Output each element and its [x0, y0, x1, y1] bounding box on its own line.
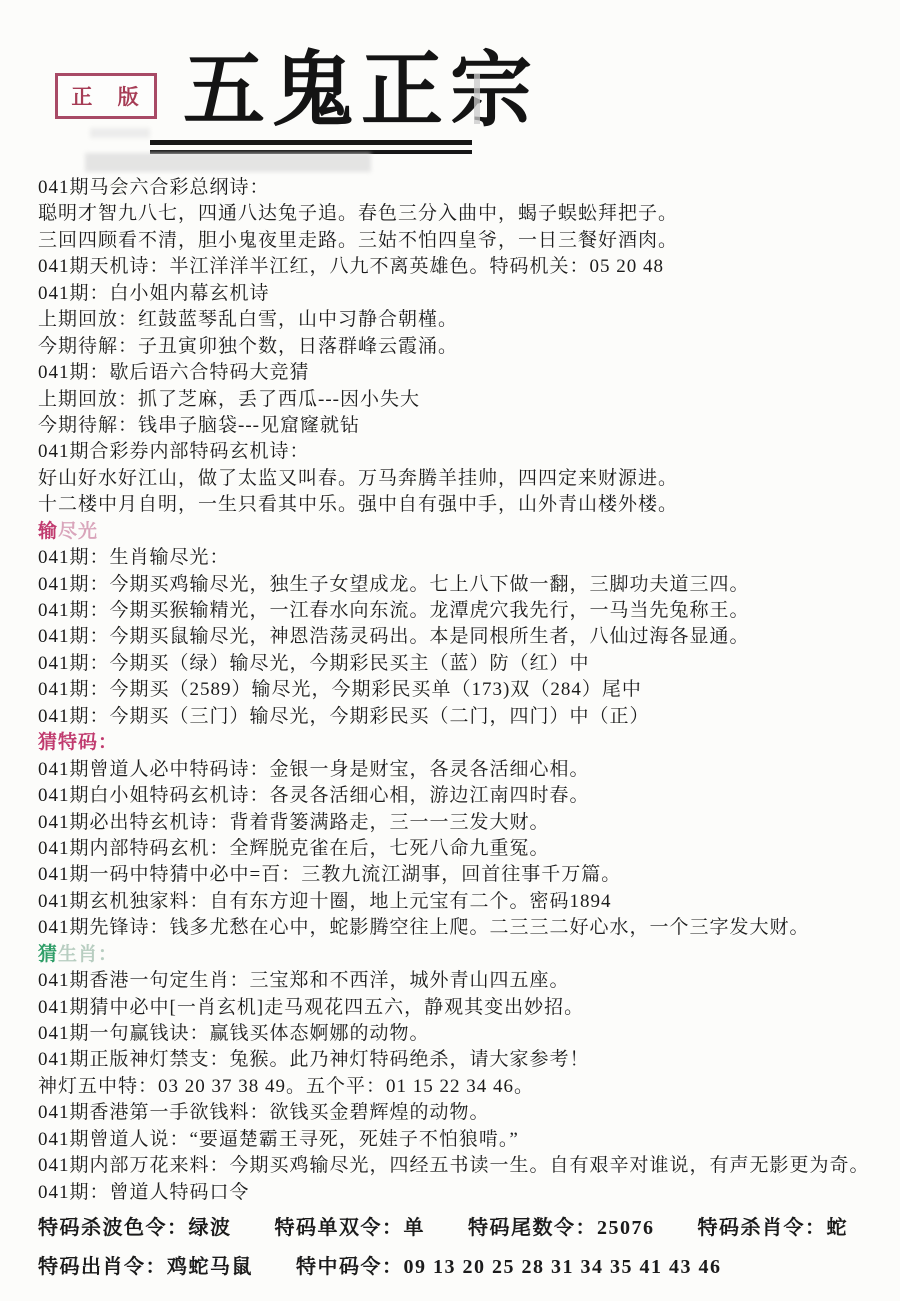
section-header: 猜生肖： [38, 942, 896, 968]
header-primary-text: 猜特码： [38, 732, 118, 753]
text-line: 041期内部特码玄机：全辉脱克雀在后，七死八命九重冤。 [38, 836, 896, 862]
text-line: 041期：今期买鼠输尽光，神恩浩荡灵码出。本是同根所生者，八仙过海各显通。 [38, 624, 896, 650]
text-line: 041期：今期买（2589）输尽光，今期彩民买单（173)双（284）尾中 [38, 677, 896, 703]
text-line: 041期合彩券内部特码玄机诗： [38, 439, 896, 465]
section-header: 输尽光 [38, 519, 896, 545]
text-line: 041期：今期买鸡输尽光，独生子女望成龙。七上八下做一翻，三脚功夫道三四。 [38, 572, 896, 598]
title-underline [150, 140, 472, 154]
text-line: 特码杀波色令：绿波 特码单双令：单 特码尾数令：25076 特码杀肖令：蛇 [38, 1212, 896, 1245]
text-line: 041期马会六合彩总纲诗： [38, 175, 896, 201]
text-line: 041期猜中必中[一肖玄机]走马观花四五六，静观其变出妙招。 [38, 995, 896, 1021]
lottery-tip-sheet: 正 版 五鬼正宗 041期马会六合彩总纲诗：聪明才智九八七，四通八达兔子追。春色… [0, 0, 900, 1301]
text-line: 上期回放：红鼓蓝琴乱白雪，山中习静合朝槿。 [38, 307, 896, 333]
text-line: 041期：歇后语六合特码大竞猜 [38, 360, 896, 386]
page-title: 五鬼正宗 [183, 50, 539, 132]
text-line: 041期：今期买（三门）输尽光，今期彩民买（二门，四门）中（正） [38, 704, 896, 730]
text-line: 041期天机诗：半江洋洋半江红，八九不离英雄色。特码机关：05 20 48 [38, 254, 896, 280]
text-line: 特码出肖令：鸡蛇马鼠 特中码令：09 13 20 25 28 31 34 35 … [38, 1251, 896, 1284]
text-line: 三回四顾看不清，胆小鬼夜里走路。三姑不怕四皇爷，一日三餐好酒肉。 [38, 228, 896, 254]
text-line: 聪明才智九八七，四通八达兔子追。春色三分入曲中，蝎子蜈蚣拜把子。 [38, 201, 896, 227]
text-line: 041期曾道人说：“要逼楚霸王寻死，死娃子不怕狼啃。” [38, 1127, 896, 1153]
text-line: 十二楼中月自明，一生只看其中乐。强中自有强中手，山外青山楼外楼。 [38, 492, 896, 518]
text-line: 041期必出特玄机诗：背着背篓满路走，三一一三发大财。 [38, 810, 896, 836]
text-line: 041期：曾道人特码口令 [38, 1180, 896, 1206]
text-line: 041期香港第一手欲钱料：欲钱买金碧辉煌的动物。 [38, 1100, 896, 1126]
header-faded-text: 生肖： [58, 944, 118, 965]
genuine-edition-badge: 正 版 [55, 73, 157, 119]
text-line: 041期：白小姐内幕玄机诗 [38, 281, 896, 307]
text-line: 041期：今期买（绿）输尽光，今期彩民买主（蓝）防（红）中 [38, 651, 896, 677]
text-line: 041期先锋诗：钱多尤愁在心中，蛇影腾空往上爬。二三三二好心水，一个三字发大财。 [38, 915, 896, 941]
text-line: 今期待解：钱串子脑袋---见窟窿就钻 [38, 413, 896, 439]
text-line: 041期正版神灯禁支：兔猴。此乃神灯特码绝杀，请大家参考！ [38, 1047, 896, 1073]
text-line: 041期白小姐特码玄机诗：各灵各活细心相，游边江南四时春。 [38, 783, 896, 809]
header-faded-text: 尽光 [58, 521, 98, 542]
text-line: 今期待解：子丑寅卯独个数，日落群峰云霞涌。 [38, 334, 896, 360]
content-lines: 041期马会六合彩总纲诗：聪明才智九八七，四通八达兔子追。春色三分入曲中，蝎子蜈… [38, 175, 896, 1284]
badge-label: 正 版 [71, 81, 148, 111]
text-line: 041期一句赢钱诀：赢钱买体态婀娜的动物。 [38, 1021, 896, 1047]
faded-smudge [90, 128, 150, 138]
text-line: 041期曾道人必中特码诗：金银一身是财宝，各灵各活细心相。 [38, 757, 896, 783]
section-header: 猜特码： [38, 730, 896, 756]
header-primary-text: 猜 [38, 944, 58, 965]
text-line: 041期玄机独家料：自有东方迎十圈，地上元宝有二个。密码1894 [38, 889, 896, 915]
text-line: 041期：生肖输尽光： [38, 545, 896, 571]
cutoff-character-fragment [474, 74, 480, 124]
text-line: 神灯五中特：03 20 37 38 49。五个平：01 15 22 34 46。 [38, 1074, 896, 1100]
text-line: 041期香港一句定生肖：三宝郑和不西洋，城外青山四五座。 [38, 968, 896, 994]
text-line: 041期：今期买猴输精光，一江春水向东流。龙潭虎穴我先行，一马当先兔称王。 [38, 598, 896, 624]
text-line: 041期一码中特猜中必中=百：三教九流江湖事，回首往事千万篇。 [38, 862, 896, 888]
text-line: 好山好水好江山，做了太监又叫春。万马奔腾羊挂帅，四四定来财源进。 [38, 466, 896, 492]
header-primary-text: 输 [38, 521, 58, 542]
text-line: 上期回放：抓了芝麻，丢了西瓜---因小失大 [38, 387, 896, 413]
text-line: 041期内部万花来料：今期买鸡输尽光，四经五书读一生。自有艰辛对谁说，有声无影更… [38, 1153, 896, 1179]
faded-erased-text-band [85, 153, 371, 172]
